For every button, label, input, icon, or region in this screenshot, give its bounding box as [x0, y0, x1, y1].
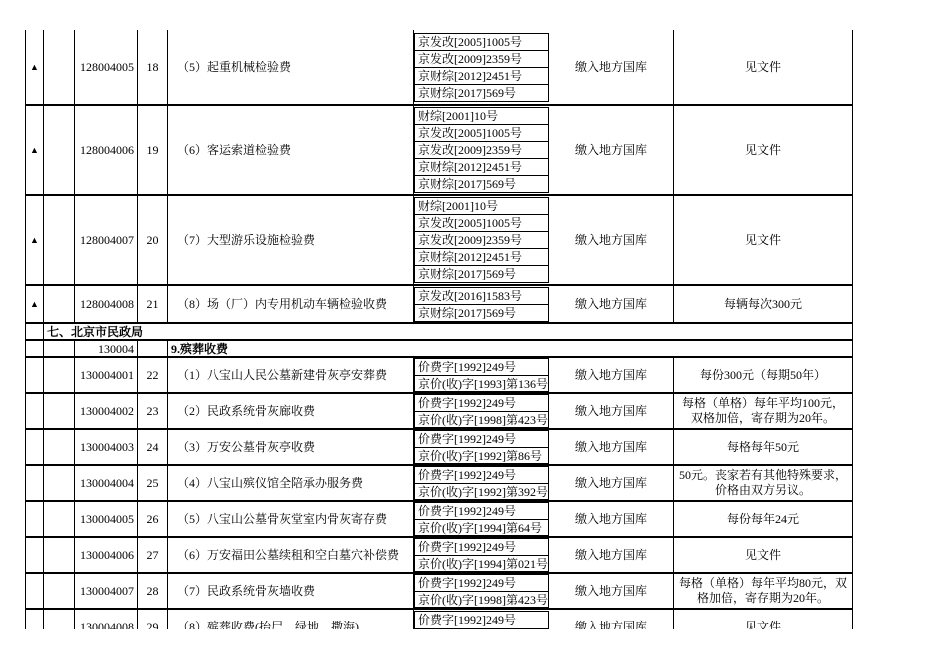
doc-ref: 京发改[2009]2359号 — [414, 231, 549, 249]
doc-ref: 价费字[1992]249号 — [414, 502, 549, 520]
doc-ref: 价费字[1992]249号 — [414, 611, 549, 629]
triangle-marker: ▲ — [26, 196, 44, 284]
indent-cell — [44, 196, 75, 284]
indent-cell — [44, 394, 75, 428]
doc-ref: 京财综[2012]2451号 — [414, 248, 549, 266]
item-code: 130004001 — [75, 358, 138, 392]
fee-item-row: 13000400122（1）八宝山人民公墓新建骨灰亭安葬费价费字[1992]24… — [26, 358, 853, 394]
fee-standard: 每格（单格）每年平均100元，双格加倍，寄存期为20年。 — [674, 394, 853, 428]
marker-cell — [26, 394, 44, 428]
item-number: 26 — [138, 502, 168, 536]
fee-standard-text: 见文件 — [678, 143, 848, 158]
marker-cell — [26, 358, 44, 392]
item-number: 28 — [138, 574, 168, 608]
doc-refs-cell: 价费字[1992]249号京价(收)字[1992]第86号 — [414, 430, 549, 464]
doc-ref: 京发改[2005]1005号 — [414, 124, 549, 142]
fee-standard-text: 每格（单格）每年平均100元，双格加倍，寄存期为20年。 — [678, 396, 848, 426]
page: ▲12800400518（5）起重机械检验费京发改[2005]1005号京发改[… — [0, 0, 936, 662]
fee-item-row: ▲12800400720（7）大型游乐设施检验费财综[2001]10号京发改[2… — [26, 196, 853, 286]
doc-refs-cell: 价费字[1992]249号京价(收)字[1993]第136号 — [414, 358, 549, 392]
item-name: （7）大型游乐设施检验费 — [168, 196, 414, 284]
fee-standard: 每份每年24元 — [674, 502, 853, 536]
doc-ref: 京发改[2005]1005号 — [414, 214, 549, 232]
payment-destination: 缴入地方国库 — [549, 610, 674, 629]
triangle-marker: ▲ — [26, 106, 44, 194]
indent-cell — [44, 610, 75, 629]
item-name: （7）民政系统骨灰墙收费 — [168, 574, 414, 608]
item-code: 128004008 — [75, 286, 138, 322]
payment-destination: 缴入地方国库 — [549, 538, 674, 572]
fee-standard-text: 每辆每次300元 — [678, 297, 848, 312]
item-number: 19 — [138, 106, 168, 194]
doc-ref: 京发改[2016]1583号 — [414, 287, 549, 305]
indent-cell — [44, 106, 75, 194]
item-code: 130004004 — [75, 466, 138, 500]
marker-cell — [26, 341, 44, 356]
indent-cell — [44, 538, 75, 572]
fee-standard-text: 见文件 — [678, 60, 848, 75]
doc-ref: 京价(收)字[1998]第423号 — [414, 411, 549, 429]
table-viewport: ▲12800400518（5）起重机械检验费京发改[2005]1005号京发改[… — [25, 30, 854, 629]
indent-cell — [44, 430, 75, 464]
payment-destination: 缴入地方国库 — [549, 286, 674, 322]
indent-cell — [44, 30, 75, 104]
subcategory-title: 9.殡葬收费 — [168, 341, 853, 356]
fee-item-row: 13000400728（7）民政系统骨灰墙收费价费字[1992]249号京价(收… — [26, 574, 853, 610]
marker-cell — [26, 538, 44, 572]
subheader-row: 1300049.殡葬收费 — [26, 341, 853, 358]
payment-destination: 缴入地方国库 — [549, 394, 674, 428]
triangle-marker: ▲ — [26, 30, 44, 104]
doc-ref: 京发改[2005]1005号 — [414, 33, 549, 51]
payment-destination: 缴入地方国库 — [549, 196, 674, 284]
item-code: 128004005 — [75, 30, 138, 104]
indent-cell — [44, 502, 75, 536]
fee-standard: 见文件 — [674, 30, 853, 104]
fee-item-row: 13000400324（3）万安公墓骨灰亭收费价费字[1992]249号京价(收… — [26, 430, 853, 466]
item-name: （6）客运索道检验费 — [168, 106, 414, 194]
doc-ref: 价费字[1992]249号 — [414, 394, 549, 412]
doc-ref: 京财综[2012]2451号 — [414, 67, 549, 85]
doc-refs-cell: 价费字[1992]249号京价(收)字[1994]第021号 — [414, 538, 549, 572]
fee-standard-text: 见文件 — [678, 620, 848, 630]
fee-standard-text: 每份300元（每期50年） — [678, 368, 848, 383]
fee-item-row: ▲12800400518（5）起重机械检验费京发改[2005]1005号京发改[… — [26, 30, 853, 106]
item-number: 27 — [138, 538, 168, 572]
section-row: 七、北京市民政局 — [26, 324, 853, 341]
indent-cell — [44, 574, 75, 608]
doc-ref: 京财综[2017]569号 — [414, 265, 549, 283]
item-number: 24 — [138, 430, 168, 464]
doc-refs-cell: 价费字[1992]249号京价(收)字[1992]第392号 — [414, 466, 549, 500]
fee-item-row: 13000400627（6）万安福田公墓续租和空白墓穴补偿费价费字[1992]2… — [26, 538, 853, 574]
item-code: 130004005 — [75, 502, 138, 536]
payment-destination: 缴入地方国库 — [549, 466, 674, 500]
doc-refs-cell: 价费字[1992]249号京价(收)字[1998]第423号 — [414, 574, 549, 608]
doc-refs-cell: 价费字[1992]249号京价(收)字[1994]第64号 — [414, 502, 549, 536]
doc-ref: 京财综[2017]569号 — [414, 175, 549, 193]
section-title: 七、北京市民政局 — [44, 324, 853, 339]
fee-item-row: 13000400829（8）殡葬收费(抬尸、绿地、撒海)价费字[1992]249… — [26, 610, 853, 629]
payment-destination: 缴入地方国库 — [549, 430, 674, 464]
doc-ref: 价费字[1992]249号 — [414, 466, 549, 484]
fee-item-row: ▲12800400619（6）客运索道检验费财综[2001]10号京发改[200… — [26, 106, 853, 196]
item-code: 128004007 — [75, 196, 138, 284]
doc-ref: 财综[2001]10号 — [414, 197, 549, 215]
item-code: 130004 — [75, 341, 138, 356]
indent-cell — [44, 286, 75, 322]
item-number: 25 — [138, 466, 168, 500]
fee-standard-text: 每格（单格）每年平均80元，双格加倍，寄存期为20年。 — [678, 576, 848, 606]
marker-cell — [26, 502, 44, 536]
doc-refs-cell: 京发改[2016]1583号京财综[2017]569号 — [414, 286, 549, 322]
item-name: （3）万安公墓骨灰亭收费 — [168, 430, 414, 464]
marker-cell — [26, 574, 44, 608]
doc-ref: 京发改[2009]2359号 — [414, 141, 549, 159]
doc-ref: 财综[2001]10号 — [414, 107, 549, 125]
payment-destination: 缴入地方国库 — [549, 358, 674, 392]
doc-ref: 京价(收)字[1992]第392号 — [414, 483, 549, 501]
payment-destination: 缴入地方国库 — [549, 502, 674, 536]
indent-cell — [44, 341, 75, 356]
indent-cell — [44, 466, 75, 500]
item-number: 22 — [138, 358, 168, 392]
doc-ref: 京财综[2012]2451号 — [414, 158, 549, 176]
fee-standard: 每格（单格）每年平均80元，双格加倍，寄存期为20年。 — [674, 574, 853, 608]
fee-standard: 每辆每次300元 — [674, 286, 853, 322]
item-code: 128004006 — [75, 106, 138, 194]
fee-standard: 50元。丧家若有其他特殊要求，价格由双方另议。 — [674, 466, 853, 500]
marker-cell — [26, 430, 44, 464]
fee-item-row: ▲12800400821（8）场（厂）内专用机动车辆检验收费京发改[2016]1… — [26, 286, 853, 324]
doc-refs-cell: 价费字[1992]249号京价(收)字[1998]第423号 — [414, 394, 549, 428]
doc-ref: 价费字[1992]249号 — [414, 538, 549, 556]
doc-ref: 价费字[1992]249号 — [414, 358, 549, 376]
item-name: （5）起重机械检验费 — [168, 30, 414, 104]
triangle-marker: ▲ — [26, 286, 44, 322]
item-number: 29 — [138, 610, 168, 629]
fee-item-row: 13000400223（2）民政系统骨灰廊收费价费字[1992]249号京价(收… — [26, 394, 853, 430]
fee-item-row: 13000400425（4）八宝山殡仪馆全陪承办服务费价费字[1992]249号… — [26, 466, 853, 502]
item-code: 130004007 — [75, 574, 138, 608]
doc-ref: 京价(收)字[1994]第64号 — [414, 519, 549, 537]
fee-standard: 见文件 — [674, 610, 853, 629]
doc-ref: 京发改[2009]2359号 — [414, 50, 549, 68]
fee-standard-text: 见文件 — [678, 233, 848, 248]
fee-standard: 见文件 — [674, 106, 853, 194]
doc-ref: 京价(收)字[1993]第136号 — [414, 375, 549, 393]
item-name: （4）八宝山殡仪馆全陪承办服务费 — [168, 466, 414, 500]
fee-standard-text: 每份每年24元 — [678, 512, 848, 527]
fee-standard-text: 见文件 — [678, 548, 848, 563]
marker-cell — [26, 466, 44, 500]
doc-refs-cell: 财综[2001]10号京发改[2005]1005号京发改[2009]2359号京… — [414, 106, 549, 194]
doc-ref: 京价(收)字[1998]第423号 — [414, 591, 549, 609]
fee-table: ▲12800400518（5）起重机械检验费京发改[2005]1005号京发改[… — [25, 30, 853, 629]
fee-standard: 每格每年50元 — [674, 430, 853, 464]
item-name: （5）八宝山公墓骨灰堂室内骨灰寄存费 — [168, 502, 414, 536]
item-name: （2）民政系统骨灰廊收费 — [168, 394, 414, 428]
payment-destination: 缴入地方国库 — [549, 574, 674, 608]
doc-refs-cell: 价费字[1992]249号 — [414, 610, 549, 629]
fee-standard-text: 50元。丧家若有其他特殊要求，价格由双方另议。 — [678, 468, 848, 498]
doc-ref: 京财综[2017]569号 — [414, 84, 549, 102]
fee-standard: 见文件 — [674, 196, 853, 284]
doc-ref: 京财综[2017]569号 — [414, 304, 549, 322]
payment-destination: 缴入地方国库 — [549, 106, 674, 194]
doc-ref: 价费字[1992]249号 — [414, 574, 549, 592]
item-code: 130004006 — [75, 538, 138, 572]
item-code: 130004003 — [75, 430, 138, 464]
payment-destination: 缴入地方国库 — [549, 30, 674, 104]
marker-cell — [26, 324, 44, 339]
item-code: 130004008 — [75, 610, 138, 629]
indent-cell — [44, 358, 75, 392]
doc-ref: 价费字[1992]249号 — [414, 430, 549, 448]
fee-standard: 每份300元（每期50年） — [674, 358, 853, 392]
doc-ref: 京价(收)字[1994]第021号 — [414, 555, 549, 573]
item-number: 20 — [138, 196, 168, 284]
doc-refs-cell: 财综[2001]10号京发改[2005]1005号京发改[2009]2359号京… — [414, 196, 549, 284]
fee-standard-text: 每格每年50元 — [678, 440, 848, 455]
item-name: （8）场（厂）内专用机动车辆检验收费 — [168, 286, 414, 322]
fee-standard: 见文件 — [674, 538, 853, 572]
item-number: 21 — [138, 286, 168, 322]
doc-ref: 京价(收)字[1992]第86号 — [414, 447, 549, 465]
item-number: 18 — [138, 30, 168, 104]
doc-refs-cell: 京发改[2005]1005号京发改[2009]2359号京财综[2012]245… — [414, 30, 549, 104]
item-code: 130004002 — [75, 394, 138, 428]
item-name: （8）殡葬收费(抬尸、绿地、撒海) — [168, 610, 414, 629]
item-name: （1）八宝山人民公墓新建骨灰亭安葬费 — [168, 358, 414, 392]
marker-cell — [26, 610, 44, 629]
item-name: （6）万安福田公墓续租和空白墓穴补偿费 — [168, 538, 414, 572]
item-number-cell — [138, 341, 168, 356]
fee-item-row: 13000400526（5）八宝山公墓骨灰堂室内骨灰寄存费价费字[1992]24… — [26, 502, 853, 538]
item-number: 23 — [138, 394, 168, 428]
